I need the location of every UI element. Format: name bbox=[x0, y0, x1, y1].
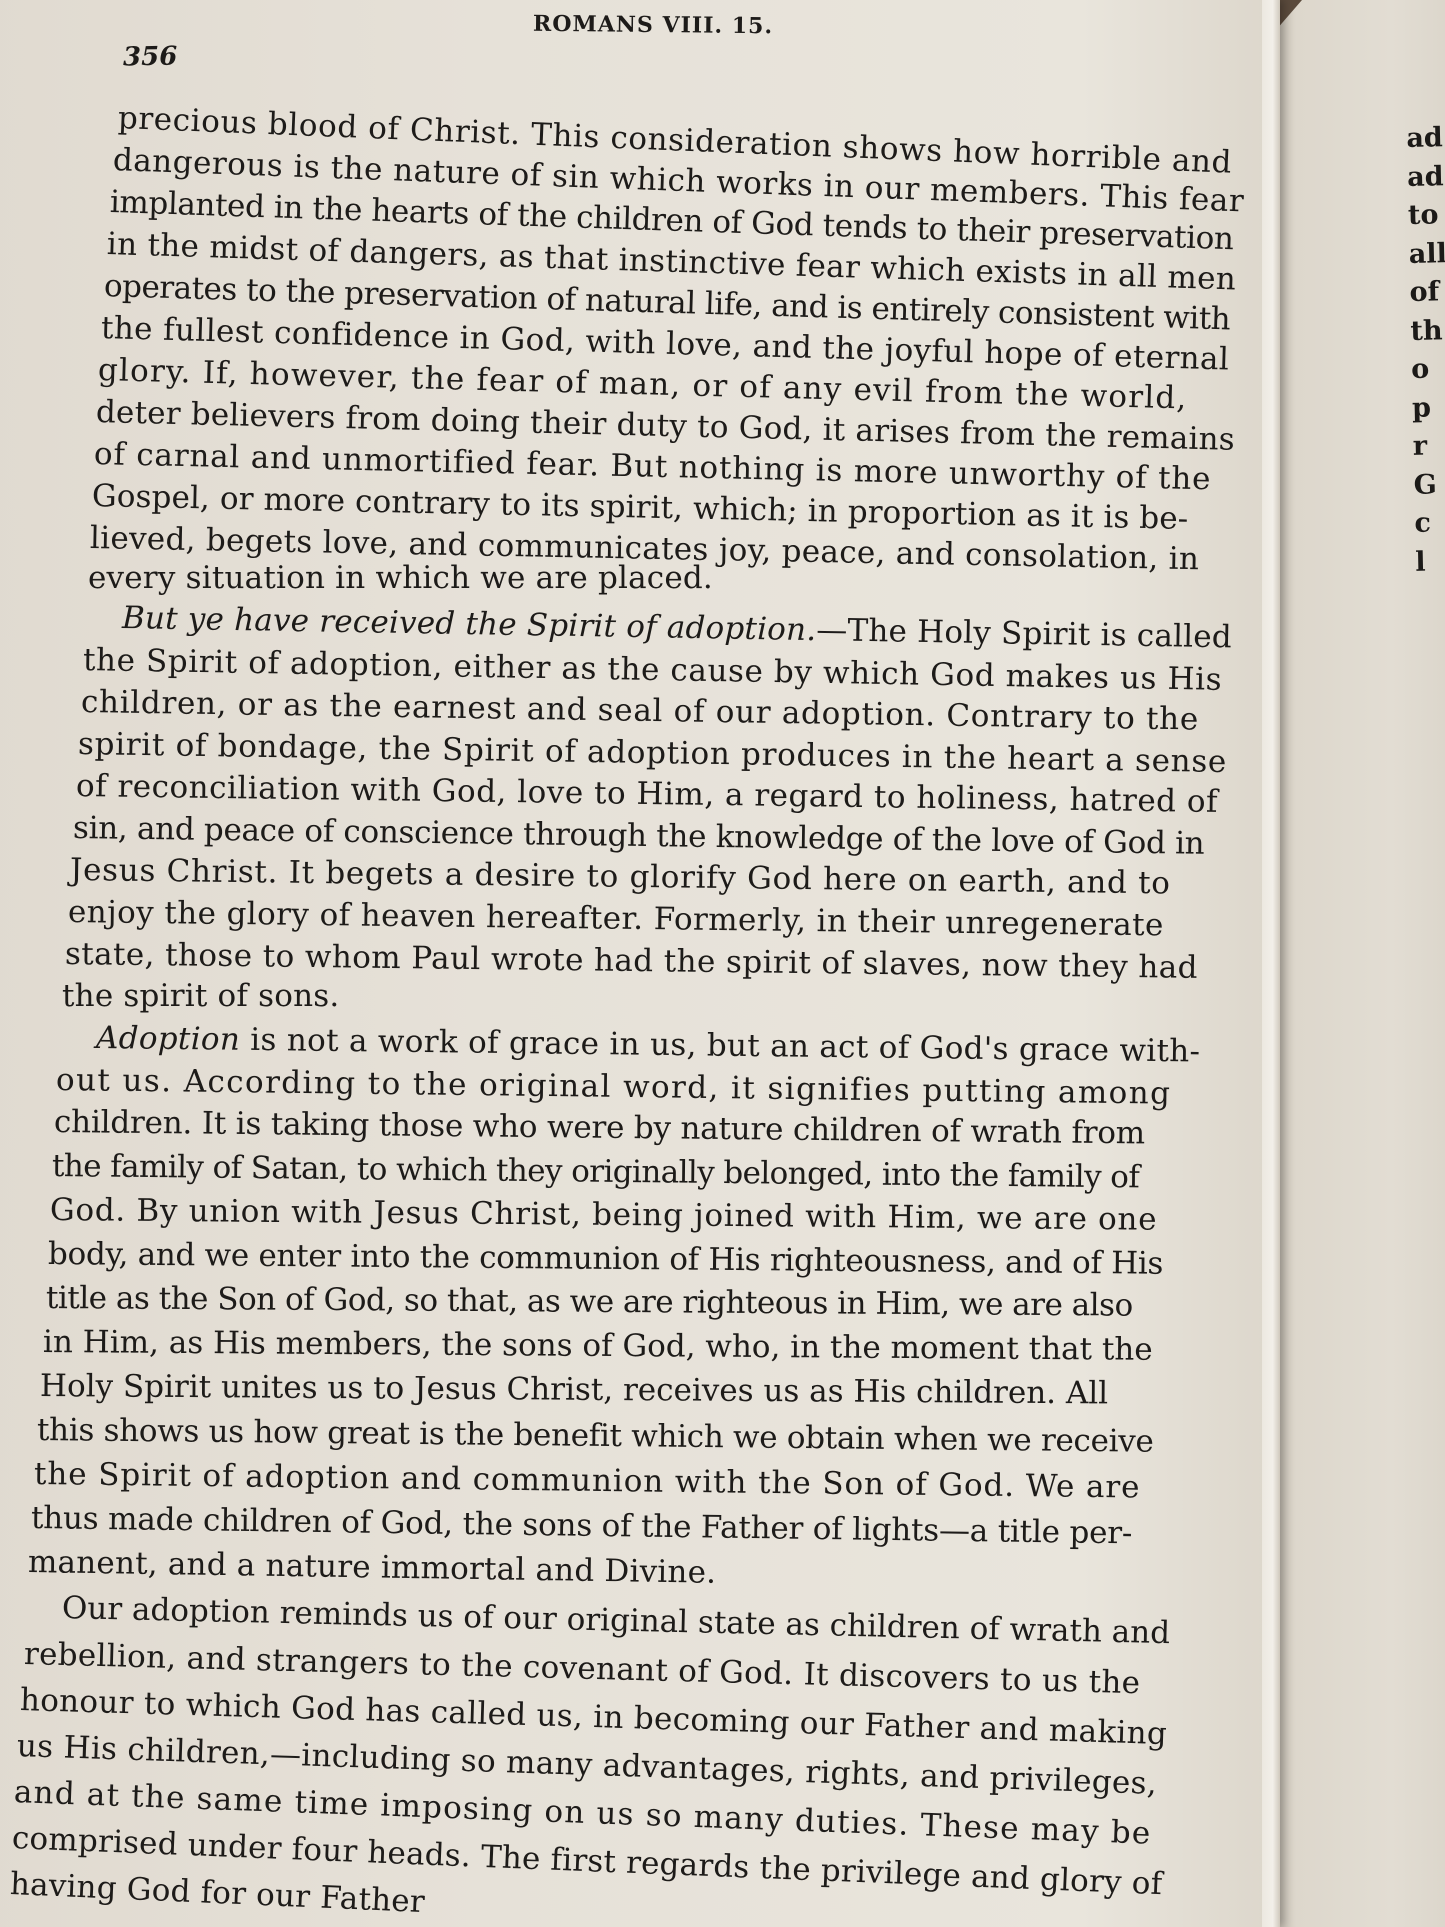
text-line: this shows us how great is the benefit w… bbox=[37, 1412, 1154, 1460]
italic-lead: But ye have received the Spirit of adopt… bbox=[122, 600, 817, 648]
text-line: children. It is taking those who were by… bbox=[54, 1104, 1145, 1151]
italic-lead: Adoption bbox=[96, 1020, 241, 1058]
line-rest: —The Holy Spirit is called bbox=[816, 612, 1232, 655]
text-line: Adoption is not a work of grace in us, b… bbox=[96, 1020, 1201, 1069]
text-line: the Spirit of adoption and communion wit… bbox=[34, 1456, 1141, 1506]
book-photo: ad ad to all of th o p r G c l ROMANS VI… bbox=[0, 0, 1445, 1927]
text-line: enjoy the glory of heaven hereafter. For… bbox=[68, 894, 1164, 943]
text-line: in Him, as His members, the sons of God,… bbox=[43, 1324, 1153, 1368]
text-line: God. By union with Jesus Christ, being j… bbox=[50, 1192, 1158, 1238]
text-line: Holy Spirit unites us to Jesus Christ, r… bbox=[40, 1368, 1108, 1411]
page-number: 356 bbox=[123, 42, 178, 73]
text-line: every situation in which we are placed. bbox=[88, 560, 713, 596]
text-line: manent, and a nature immortal and Divine… bbox=[28, 1544, 717, 1591]
text-line: having God for our Father bbox=[9, 1866, 425, 1920]
page-text: ROMANS VIII. 15. 356 precious blood of C… bbox=[0, 0, 1445, 1927]
text-line: the family of Satan, to which they origi… bbox=[52, 1148, 1140, 1195]
line-rest: is not a work of grace in us, but an act… bbox=[240, 1022, 1201, 1070]
text-line: the spirit of sons. bbox=[62, 978, 339, 1014]
text-line: Jesus Christ. It begets a desire to glor… bbox=[70, 852, 1171, 901]
text-line: out us. According to the original word, … bbox=[56, 1062, 1172, 1112]
text-line: thus made children of God, the sons of t… bbox=[31, 1500, 1133, 1551]
text-line: title as the Son of God, so that, as we … bbox=[46, 1280, 1133, 1324]
running-title: ROMANS VIII. 15. bbox=[533, 11, 773, 40]
text-line: body, and we enter into the communion of… bbox=[48, 1236, 1163, 1282]
